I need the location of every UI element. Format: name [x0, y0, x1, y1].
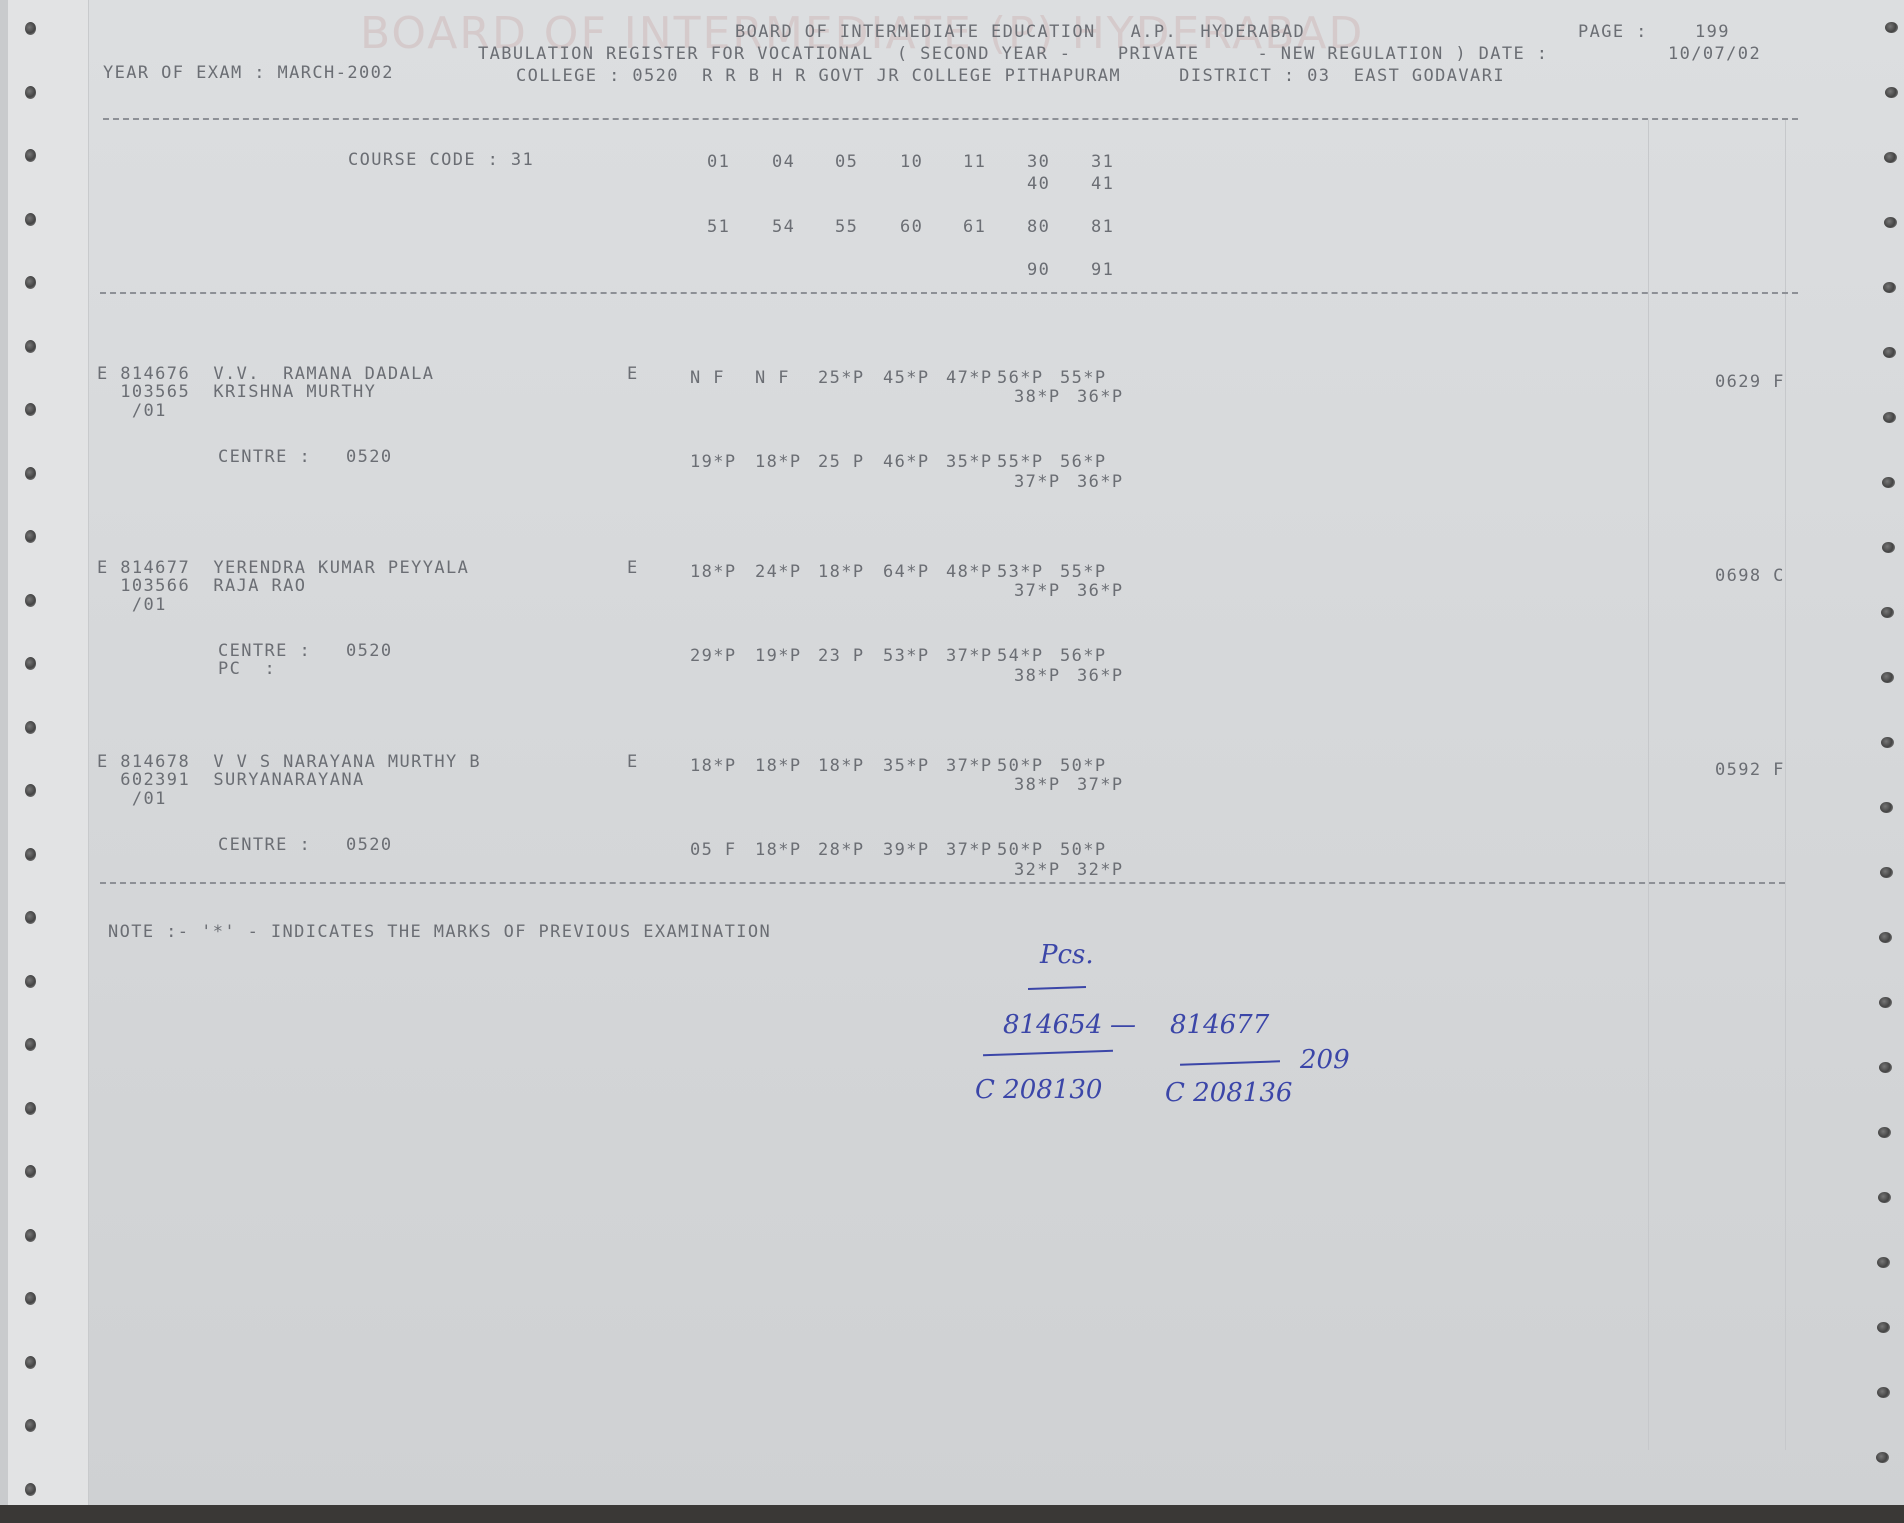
student-regno-father-name: 103565 KRISHNA MURTHY — [97, 382, 376, 402]
mark-cell: 36*P — [1077, 472, 1139, 492]
feed-hole — [25, 86, 36, 99]
mark-cell: 23 P — [818, 646, 880, 666]
handwritten-range-to: 814677 — [1170, 1010, 1269, 1040]
feed-hole — [25, 149, 36, 162]
feed-hole — [1877, 1387, 1890, 1398]
feed-hole — [25, 911, 36, 924]
feed-hole — [1883, 412, 1896, 423]
footnote: NOTE :- '*' - INDICATES THE MARKS OF PRE… — [108, 922, 771, 942]
feed-hole — [25, 340, 36, 353]
feed-hole — [25, 784, 36, 797]
mark-cell: 18*P — [755, 840, 817, 860]
feed-hole — [25, 1356, 36, 1369]
mark-cell: 24*P — [755, 562, 817, 582]
feed-hole — [25, 403, 36, 416]
feed-hole — [25, 1419, 36, 1432]
feed-hole — [25, 1165, 36, 1178]
mark-cell: N F — [755, 368, 817, 388]
mark-cell: 37*P — [1077, 775, 1139, 795]
mark-cell: 56*P — [1060, 452, 1122, 472]
mark-cell: 55*P — [997, 452, 1059, 472]
mark-cell: 05 F — [690, 840, 752, 860]
medium-code: E — [627, 558, 639, 578]
student-suffix: /01 — [97, 595, 167, 615]
student-id-name: E 814677 YERENDRA KUMAR PEYYALA — [97, 558, 469, 578]
feed-hole — [25, 1102, 36, 1115]
mark-cell: 56*P — [997, 368, 1059, 388]
subject-code: 30 — [1027, 152, 1089, 172]
feed-hole — [1883, 347, 1896, 358]
feed-hole — [1879, 997, 1892, 1008]
mark-cell: 18*P — [755, 756, 817, 776]
feed-hole — [25, 530, 36, 543]
mark-cell: 64*P — [883, 562, 945, 582]
mark-cell: 38*P — [1014, 666, 1076, 686]
subject-code: 05 — [835, 152, 897, 172]
student-regno-father-name: 602391 SURYANARAYANA — [97, 770, 365, 790]
mark-cell: 36*P — [1077, 387, 1139, 407]
form-column-rule — [1648, 120, 1649, 1450]
year-of-exam: YEAR OF EXAM : MARCH-2002 — [103, 63, 394, 83]
student-regno-father-name: 103566 RAJA RAO — [97, 576, 306, 596]
subject-code: 04 — [772, 152, 834, 172]
page-number: 199 — [1695, 22, 1730, 42]
mark-cell: 29*P — [690, 646, 752, 666]
student-suffix: /01 — [97, 401, 167, 421]
mark-cell: 54*P — [997, 646, 1059, 666]
feed-hole — [25, 467, 36, 480]
feed-hole — [25, 848, 36, 861]
feed-hole — [1882, 542, 1895, 553]
mark-cell: 18*P — [818, 562, 880, 582]
total-and-result: 0592 F — [1715, 760, 1785, 780]
medium-code: E — [627, 752, 639, 772]
mark-cell: 18*P — [690, 562, 752, 582]
separator-top — [103, 118, 1798, 120]
subject-code: 61 — [963, 217, 1025, 237]
mark-cell: 38*P — [1014, 387, 1076, 407]
subject-code: 31 — [1091, 152, 1153, 172]
feed-hole — [1880, 867, 1893, 878]
feed-hole — [25, 975, 36, 988]
subject-code: 40 — [1027, 174, 1089, 194]
mark-cell: 50*P — [997, 840, 1059, 860]
mark-cell: 35*P — [883, 756, 945, 776]
feed-hole — [25, 1229, 36, 1242]
mark-cell: 50*P — [1060, 840, 1122, 860]
subject-code: 51 — [707, 217, 769, 237]
subject-code: 41 — [1091, 174, 1153, 194]
mark-cell: 19*P — [690, 452, 752, 472]
mark-cell: 18*P — [690, 756, 752, 776]
mark-cell: 53*P — [883, 646, 945, 666]
mark-cell: 37*P — [1014, 472, 1076, 492]
feed-hole — [1885, 87, 1898, 98]
subject-code: 55 — [835, 217, 897, 237]
handwritten-label: Pcs. — [1040, 940, 1094, 970]
subject-code: 54 — [772, 217, 834, 237]
mark-cell: 36*P — [1077, 581, 1139, 601]
pc-field: PC : — [218, 659, 276, 679]
subject-code: 90 — [1027, 260, 1089, 280]
student-suffix: /01 — [97, 789, 167, 809]
feed-hole — [25, 276, 36, 289]
mark-cell: 32*P — [1014, 860, 1076, 880]
mark-cell: 18*P — [818, 756, 880, 776]
feed-hole — [1881, 672, 1894, 683]
mark-cell: 39*P — [883, 840, 945, 860]
mark-cell: 55*P — [1060, 368, 1122, 388]
mark-cell: 55*P — [1060, 562, 1122, 582]
report-date: 10/07/02 — [1668, 44, 1761, 64]
feed-hole — [25, 1038, 36, 1051]
mark-cell: 46*P — [883, 452, 945, 472]
mark-cell: 53*P — [997, 562, 1059, 582]
mark-cell: 45*P — [883, 368, 945, 388]
feed-hole — [1878, 1192, 1891, 1203]
mark-cell: 25*P — [818, 368, 880, 388]
centre-code: CENTRE : 0520 — [218, 447, 393, 467]
student-id-name: E 814676 V.V. RAMANA DADALA — [97, 364, 434, 384]
mark-cell: 38*P — [1014, 775, 1076, 795]
feed-hole — [25, 594, 36, 607]
feed-hole — [25, 721, 36, 734]
subject-code: 81 — [1091, 217, 1153, 237]
feed-hole — [25, 22, 36, 35]
centre-code: CENTRE : 0520 — [218, 641, 393, 661]
subject-code: 91 — [1091, 260, 1153, 280]
handwritten-dash: — — [1110, 1010, 1136, 1040]
feed-hole — [25, 1292, 36, 1305]
mark-cell: 18*P — [755, 452, 817, 472]
mark-cell: 25 P — [818, 452, 880, 472]
handwritten-ref-from: C 208130 — [975, 1075, 1102, 1105]
tractor-feed-strip-left — [8, 0, 89, 1510]
subject-code: 11 — [963, 152, 1025, 172]
mark-cell: 50*P — [1060, 756, 1122, 776]
feed-hole — [1885, 22, 1898, 33]
subject-code: 60 — [900, 217, 962, 237]
feed-hole — [1877, 1322, 1890, 1333]
register-title: TABULATION REGISTER FOR VOCATIONAL ( SEC… — [478, 44, 1548, 64]
total-and-result: 0698 C — [1715, 566, 1785, 586]
separator-bottom — [100, 882, 1785, 884]
handwritten-count: 209 — [1300, 1045, 1350, 1075]
student-id-name: E 814678 V V S NARAYANA MURTHY B — [97, 752, 481, 772]
subject-code: 01 — [707, 152, 769, 172]
centre-code: CENTRE : 0520 — [218, 835, 393, 855]
mark-cell: 37*P — [1014, 581, 1076, 601]
medium-code: E — [627, 364, 639, 384]
separator-header — [100, 292, 1798, 294]
subject-code: 80 — [1027, 217, 1089, 237]
feed-hole — [25, 1483, 36, 1496]
mark-cell: 50*P — [997, 756, 1059, 776]
subject-code: 10 — [900, 152, 962, 172]
feed-hole — [25, 213, 36, 226]
mark-cell: 36*P — [1077, 666, 1139, 686]
feed-hole — [1881, 737, 1894, 748]
form-column-rule — [1785, 120, 1786, 1450]
total-and-result: 0629 F — [1715, 372, 1785, 392]
mark-cell: 28*P — [818, 840, 880, 860]
college-line: COLLEGE : 0520 R R B H R GOVT JR COLLEGE… — [516, 66, 1505, 86]
handwritten-range-from: 814654 — [1003, 1010, 1102, 1040]
feed-hole — [1879, 1062, 1892, 1073]
board-title: BOARD OF INTERMEDIATE EDUCATION A.P. HYD… — [735, 22, 1305, 42]
mark-cell: 19*P — [755, 646, 817, 666]
course-code-label: COURSE CODE : 31 — [348, 150, 534, 170]
page-label: PAGE : — [1578, 22, 1648, 42]
mark-cell: 56*P — [1060, 646, 1122, 666]
mark-cell: N F — [690, 368, 752, 388]
handwritten-ref-to: C 208136 — [1165, 1078, 1292, 1108]
feed-hole — [25, 657, 36, 670]
table-surface — [0, 1505, 1904, 1523]
feed-hole — [1884, 217, 1897, 228]
mark-cell: 32*P — [1077, 860, 1139, 880]
